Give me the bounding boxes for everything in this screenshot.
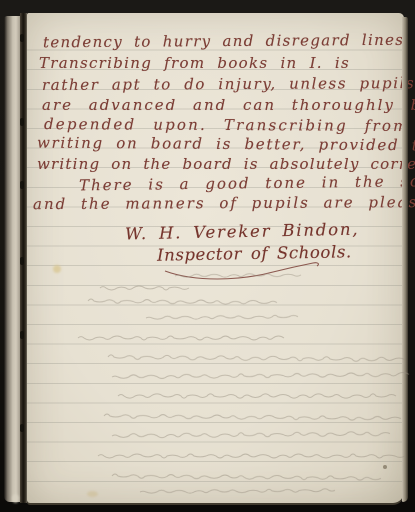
handwritten-line: Transcribing from books in I. is	[39, 54, 350, 73]
binding-stitch	[20, 118, 24, 126]
binding-stitch	[20, 181, 24, 189]
handwritten-line: writing on the board is absolutely corre…	[37, 155, 415, 174]
binding-stitch	[20, 424, 24, 432]
signature-name: W. H. Vereker Bindon,	[125, 220, 360, 244]
notebook-photo: tendency to hurry and disregard lines. T…	[0, 0, 415, 512]
handwritten-line: depended upon. Transcribing from	[44, 115, 410, 136]
binding-stitch	[20, 257, 24, 265]
facing-page-edge	[4, 16, 20, 502]
handwritten-line: rather apt to do injury, unless pupils	[42, 74, 415, 95]
paper-stain	[87, 491, 98, 497]
handwritten-line: tendency to hurry and disregard lines.	[43, 31, 410, 53]
handwritten-line: and the manners of pupils are pleasing.	[33, 193, 415, 214]
binding-stitch	[20, 34, 24, 42]
handwritten-line: There is a good tone in the schools	[79, 172, 415, 196]
page: tendency to hurry and disregard lines. T…	[27, 13, 404, 503]
signature-title: Inspector of Schools.	[157, 242, 352, 264]
paper-speck	[383, 465, 387, 469]
paper-stain	[53, 265, 61, 273]
handwritten-line: writing on board is better, provided the	[37, 134, 415, 156]
handwritten-line: are advanced and can thoroughly be	[42, 96, 415, 115]
page-edge-right	[402, 17, 408, 502]
binding-stitch	[20, 331, 24, 339]
